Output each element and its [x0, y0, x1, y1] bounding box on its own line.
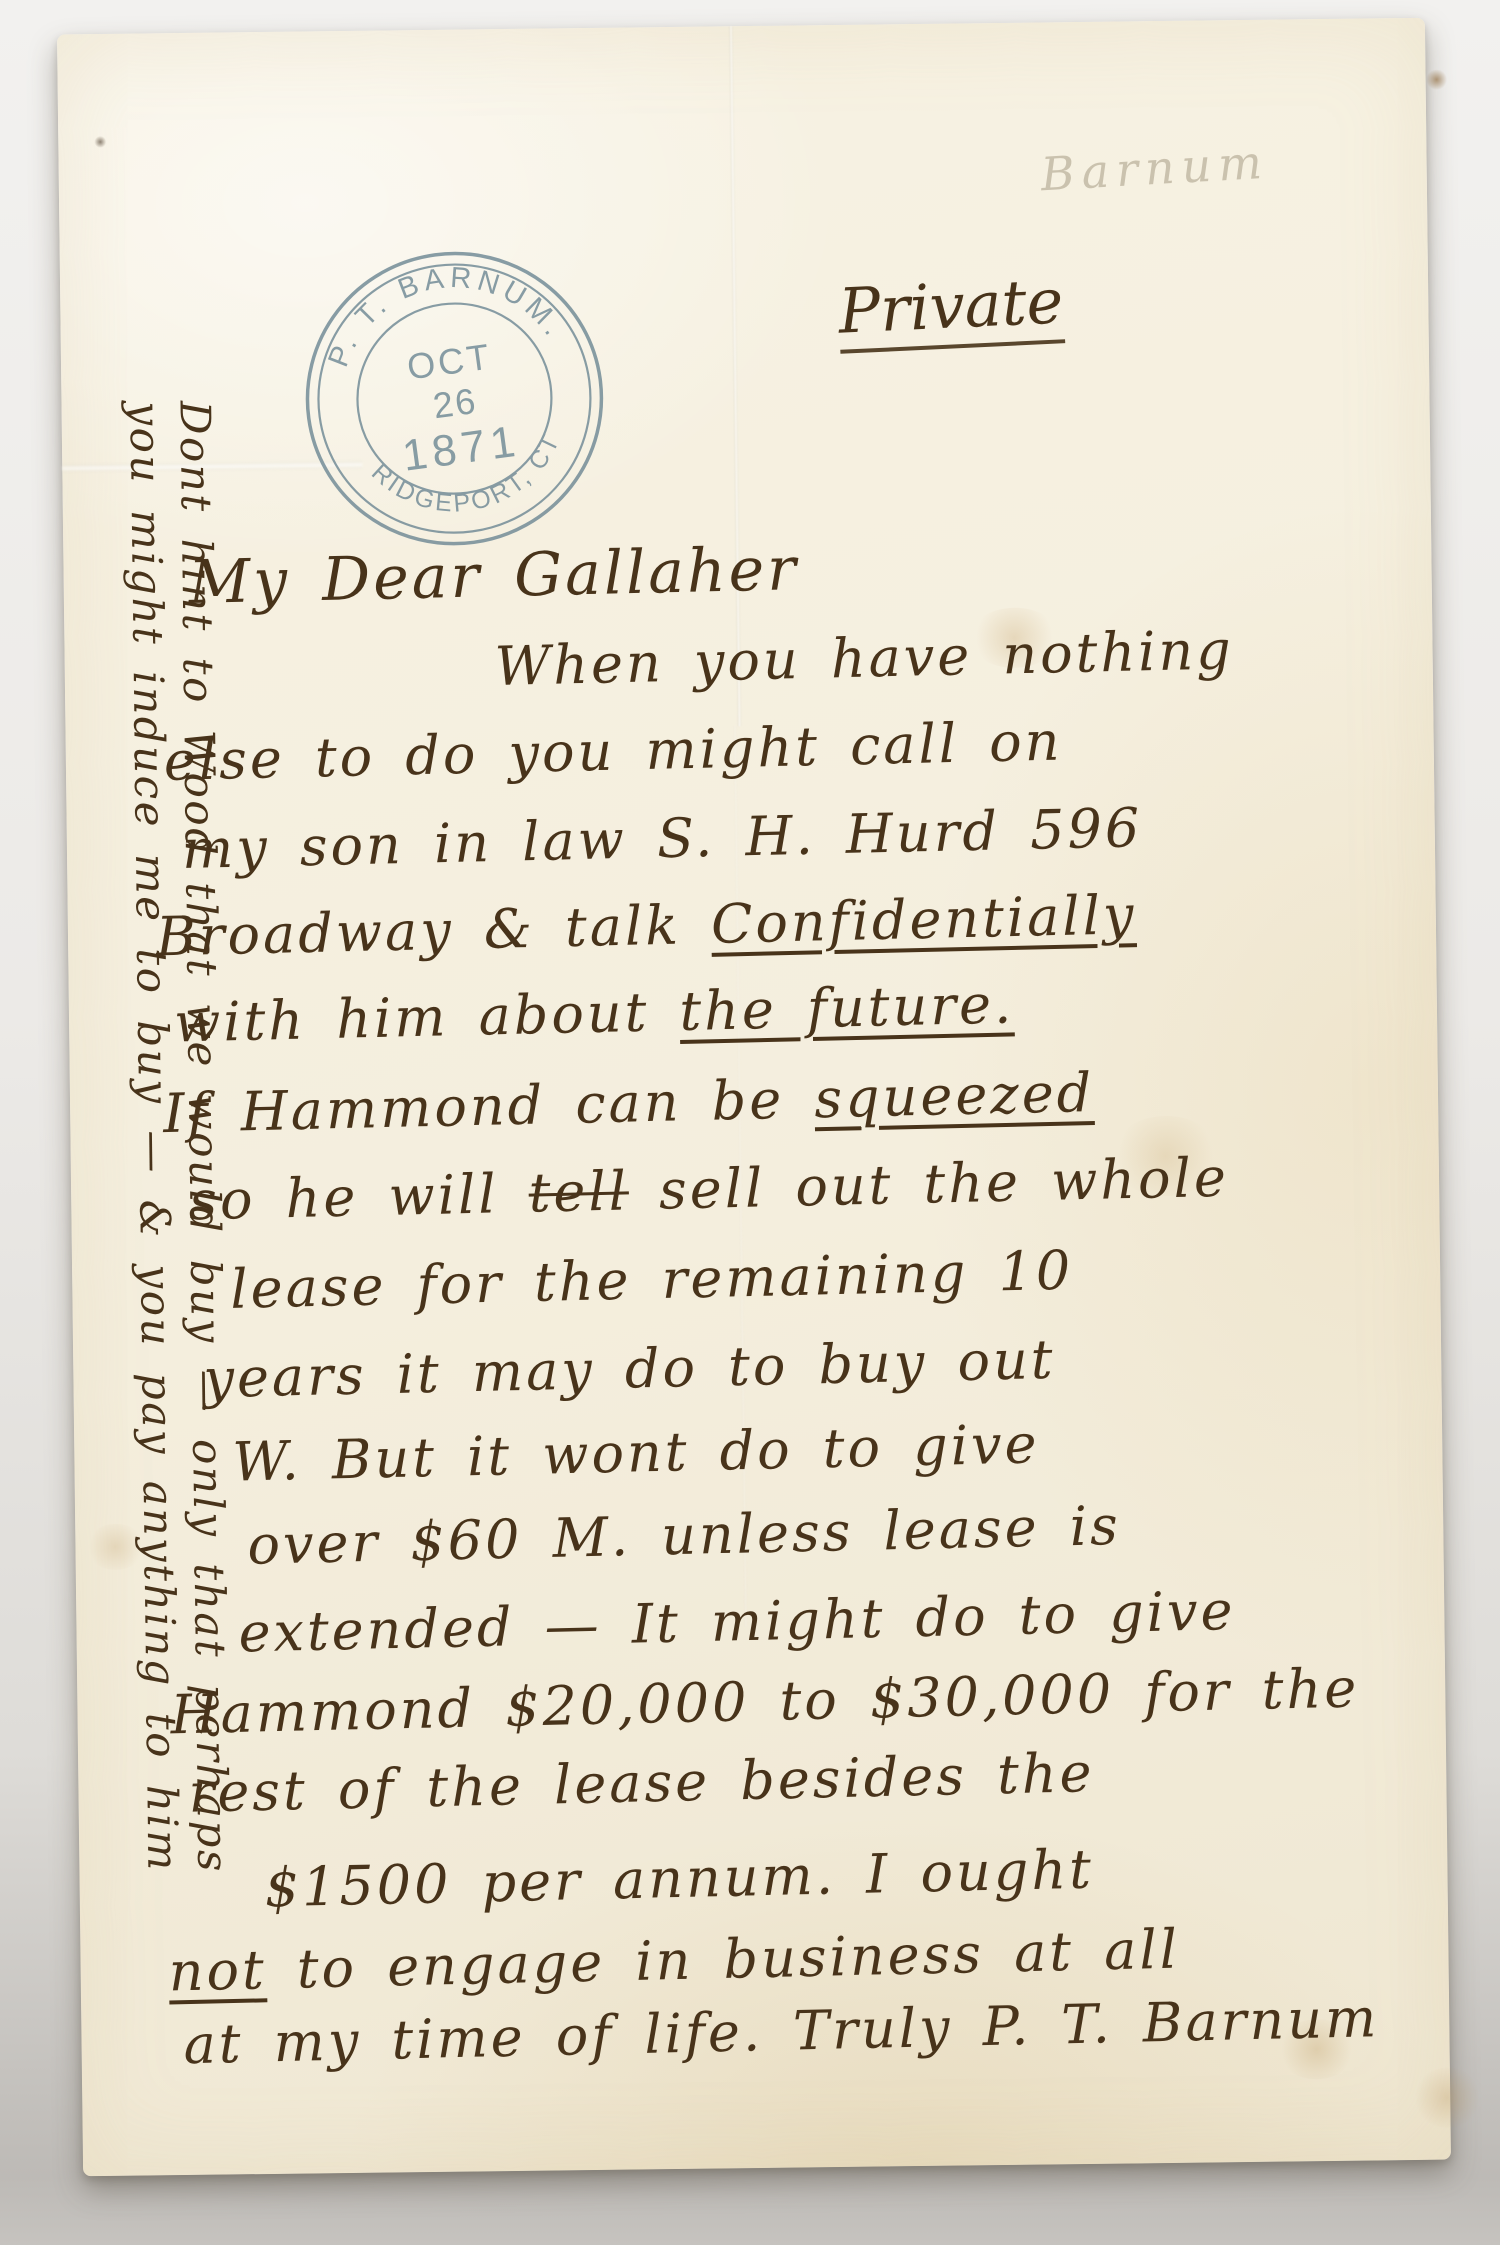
body-line: with him about the future.: [173, 972, 1014, 1054]
date-stamp: P. T. BARNUM. BRIDGEPORT, CT. OCT 26 187…: [280, 226, 628, 571]
body-line: over $60 M. unless lease is: [247, 1494, 1122, 1577]
body-line: $1500 per annum. I ought: [264, 1838, 1095, 1920]
closing: Truly: [792, 1996, 953, 2063]
body-line: else to do you might call on: [163, 710, 1063, 793]
body-line-signature: at my time of life. Truly P. T. Barnum: [183, 1986, 1380, 2076]
body-line: When you have nothing: [494, 618, 1234, 698]
fold-crease-vertical: [729, 26, 742, 726]
body-line: my son in law S. H. Hurd 596: [181, 796, 1143, 881]
signature: P. T. Barnum: [952, 1986, 1380, 2059]
privacy-heading: Private: [837, 264, 1065, 348]
body-line: Broadway & talk Confidentially: [155, 883, 1137, 968]
foxing-spot: [1425, 69, 1447, 89]
body-line: If Hammond can be squeezed: [162, 1061, 1094, 1145]
body-line: lease for the remaining 10: [230, 1239, 1074, 1321]
body-line: Hammond $20,000 to $30,000 for the: [170, 1656, 1360, 1746]
foxing-spot: [1412, 2067, 1483, 2128]
body-line: not to engage in business at all: [168, 1918, 1181, 2004]
body-line: years it may do to buy out: [203, 1328, 1056, 1410]
privacy-heading-text: Private: [837, 264, 1065, 354]
stamp-year-text: 1871: [400, 416, 523, 480]
pencil-annotation: Barnum: [1039, 135, 1270, 202]
letter-paper: P. T. BARNUM. BRIDGEPORT, CT. OCT 26 187…: [57, 18, 1451, 2177]
margin-note: Dont hint to Wood that we would buy — on…: [119, 400, 239, 2061]
photo-background: P. T. BARNUM. BRIDGEPORT, CT. OCT 26 187…: [0, 0, 1500, 2245]
stamp-day-text: 26: [430, 380, 479, 427]
body-line: extended — It might do to give: [238, 1579, 1236, 1665]
stamp-month-text: OCT: [405, 335, 495, 387]
date-stamp-graphic: P. T. BARNUM. BRIDGEPORT, CT. OCT 26 187…: [280, 226, 628, 571]
ink-speck: [94, 136, 106, 148]
body-line: rest of the lease besides the: [188, 1741, 1095, 1825]
body-line: so he will tell sell out the whole: [189, 1146, 1230, 1233]
salutation-text: My Dear Gallaher: [188, 534, 800, 618]
body-line: W. But it wont do to give: [232, 1412, 1040, 1493]
salutation: My Dear Gallaher: [188, 534, 800, 618]
